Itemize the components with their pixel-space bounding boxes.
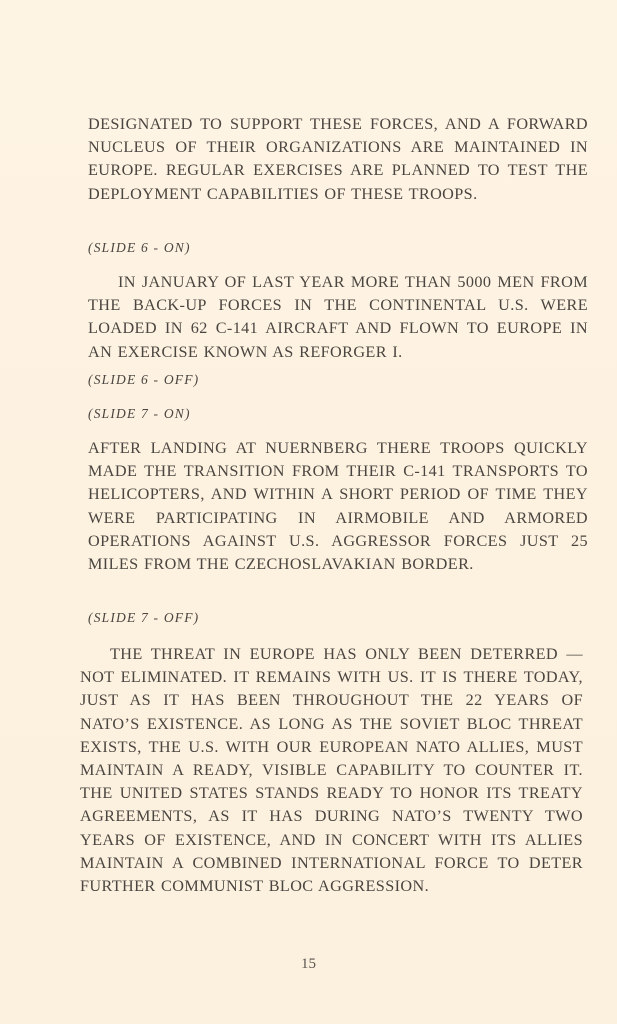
paragraph-threat: THE THREAT IN EUROPE HAS ONLY BEEN DETER… xyxy=(80,643,583,898)
paragraph-nuernberg: AFTER LANDING AT NUERNBERG THERE TROOPS … xyxy=(88,437,588,576)
slide-cue-6-on: (SLIDE 6 - ON) xyxy=(88,237,191,259)
slide-cue-7-on: (SLIDE 7 - ON) xyxy=(88,403,191,425)
slide-cue-7-off: (SLIDE 7 - OFF) xyxy=(88,607,199,629)
document-page: DESIGNATED TO SUPPORT THESE FORCES, AND … xyxy=(0,0,617,1024)
slide-cue-6-off: (SLIDE 6 - OFF) xyxy=(88,369,199,391)
paragraph-forces: DESIGNATED TO SUPPORT THESE FORCES, AND … xyxy=(88,113,588,206)
paragraph-reforger: IN JANUARY OF LAST YEAR MORE THAN 5000 M… xyxy=(88,271,588,364)
page-number: 15 xyxy=(0,956,617,973)
